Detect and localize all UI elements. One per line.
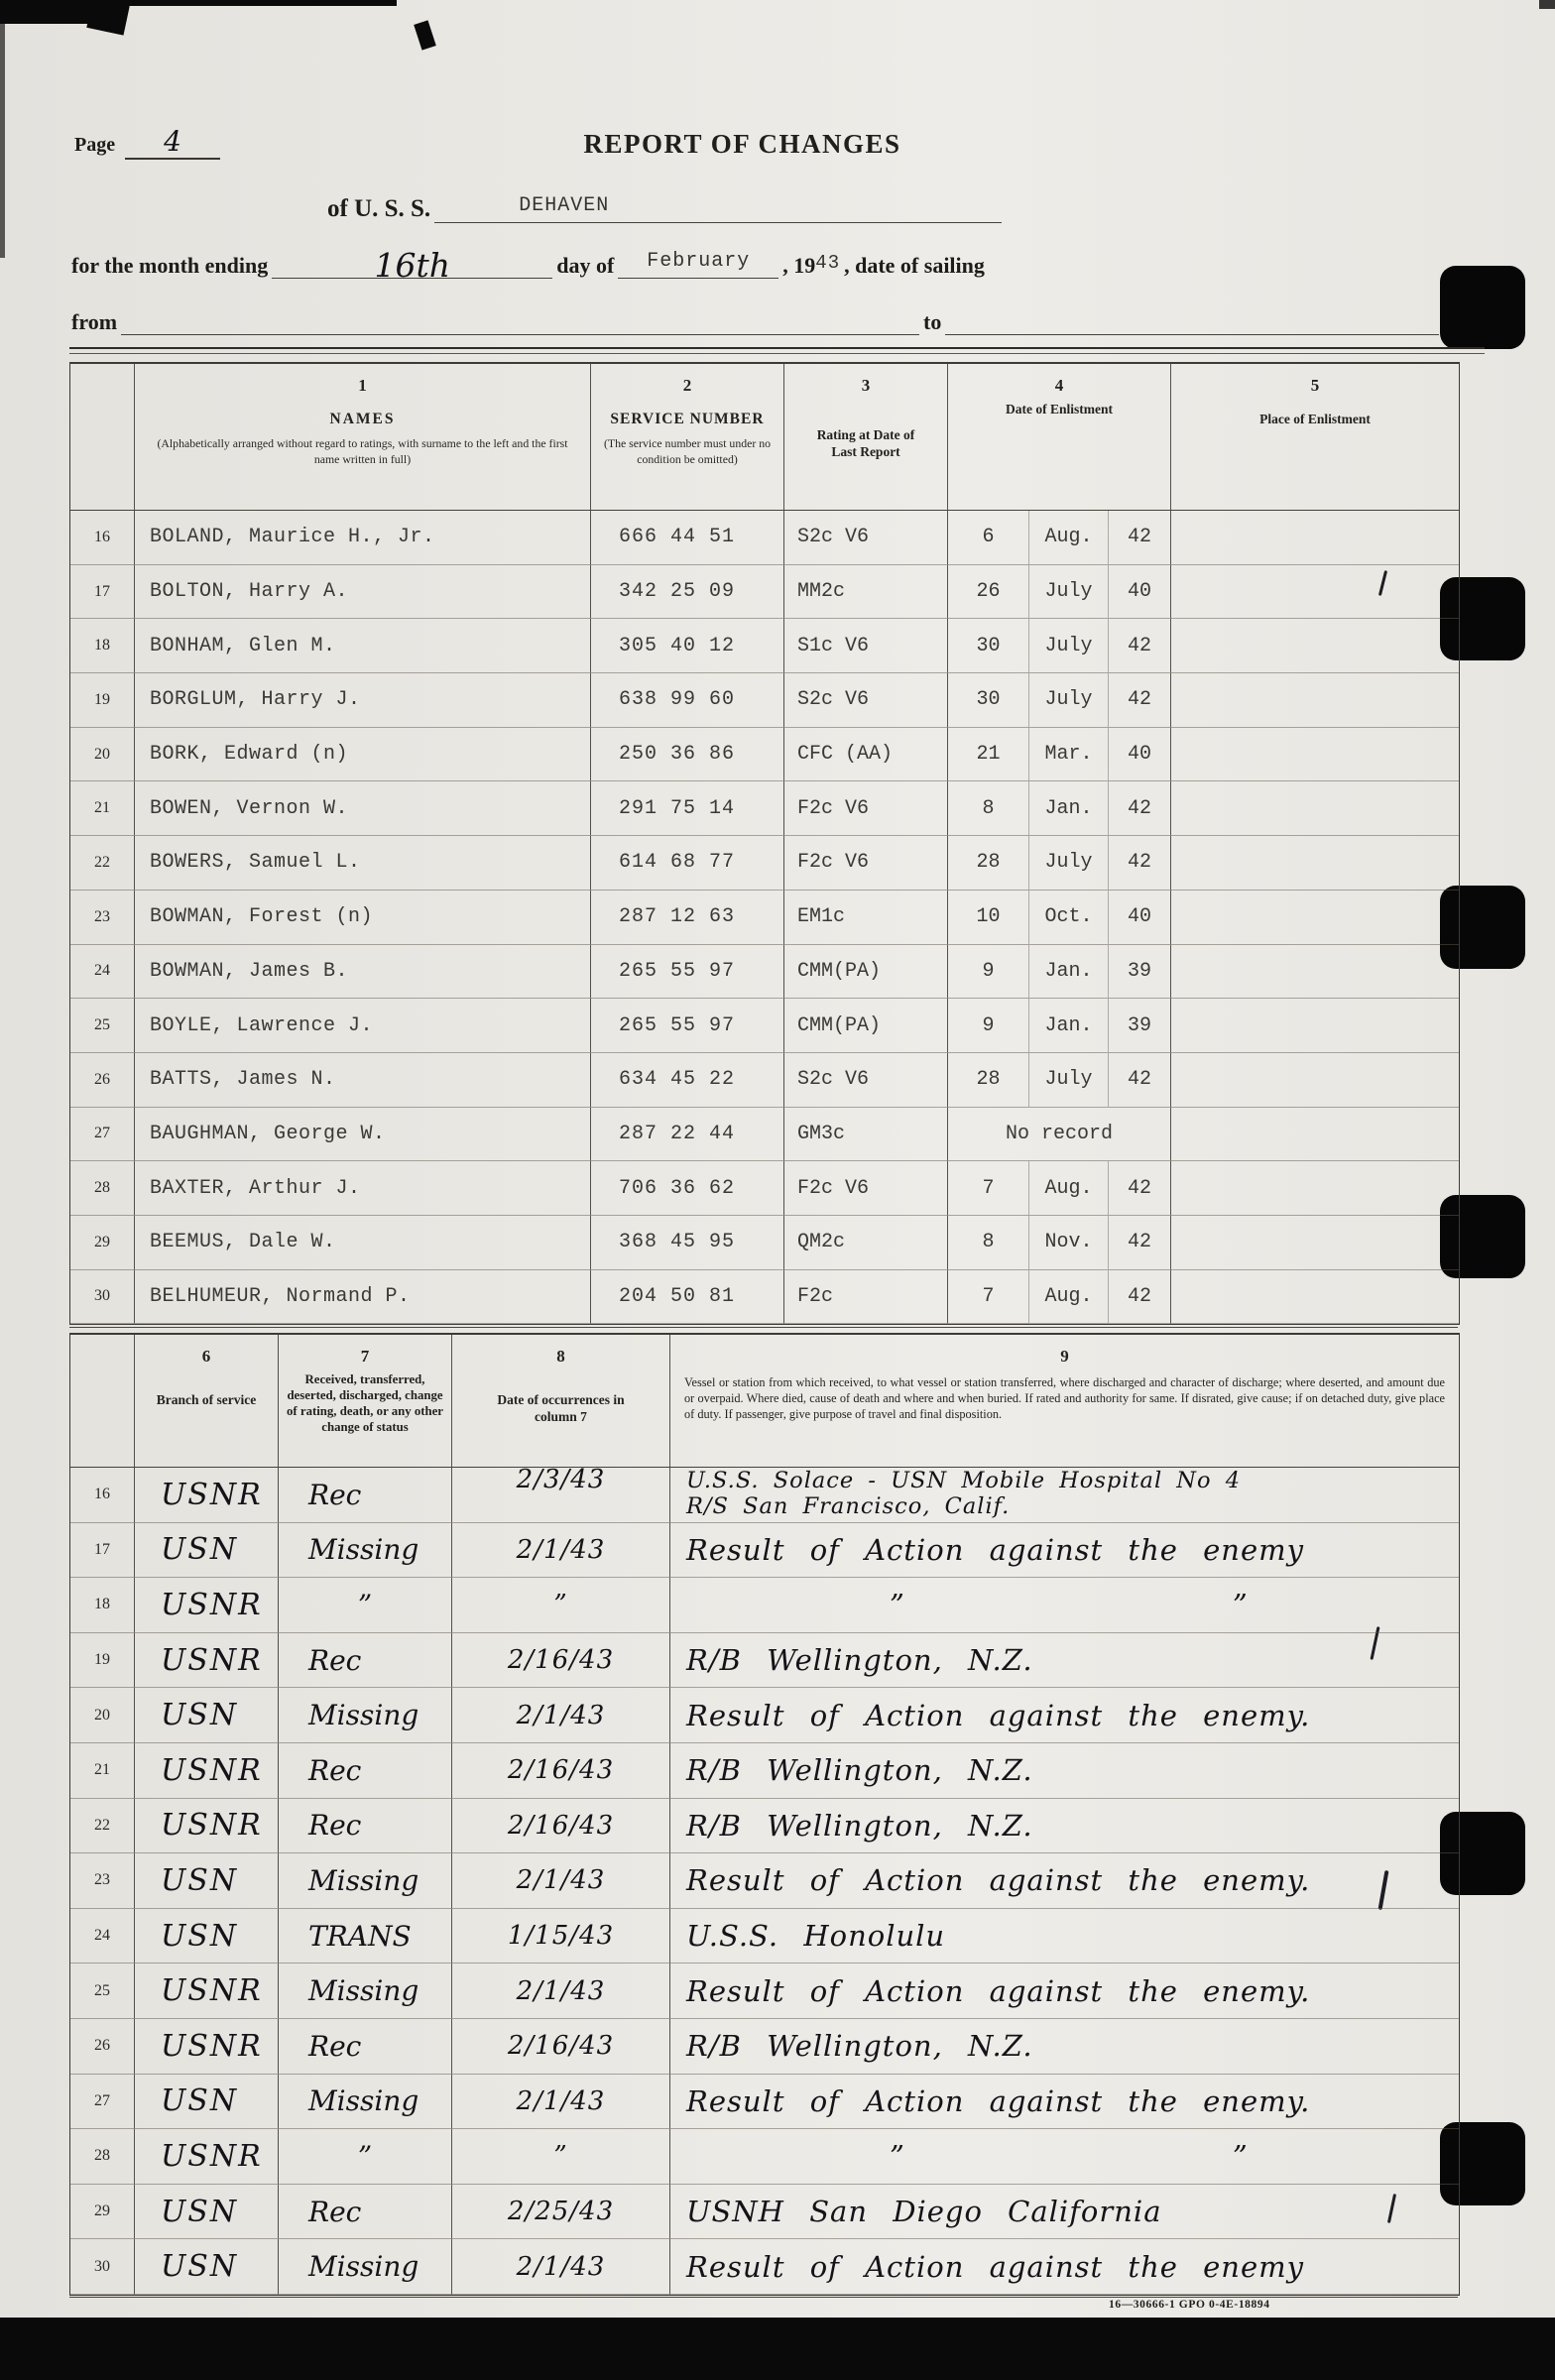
vessel-station-cell: Result of Action against the enemy. bbox=[670, 1963, 1459, 2019]
enlistment-day-cell: 10 bbox=[948, 891, 1029, 945]
enlistment-day-cell: 28 bbox=[948, 836, 1029, 891]
year-prefix: , 19 bbox=[782, 253, 815, 278]
to-label: to bbox=[923, 309, 941, 334]
occurrence-date: 2/16/43 bbox=[508, 1755, 614, 1785]
rating-cell: F2c V6 bbox=[784, 781, 948, 836]
enlistment-day-cell: 26 bbox=[948, 565, 1029, 620]
service-number-cell: 265 55 97 bbox=[591, 999, 784, 1053]
row-number: 21 bbox=[70, 1743, 135, 1799]
enlistment-day-cell: 8 bbox=[948, 1216, 1029, 1270]
occurrence-date: 2/1/43 bbox=[517, 1865, 606, 1895]
column-number: 9 bbox=[1060, 1347, 1069, 1367]
enlistment-day-cell: 7 bbox=[948, 1270, 1029, 1325]
enlistment-month-cell: July bbox=[1029, 1053, 1109, 1108]
row-number: 26 bbox=[70, 1053, 135, 1108]
enlistment-place-cell bbox=[1171, 1053, 1459, 1108]
row-number: 16 bbox=[70, 1468, 135, 1523]
enlistment-year-cell: 42 bbox=[1109, 836, 1171, 891]
enlistment-month-cell: July bbox=[1029, 565, 1109, 620]
enlistment-day-cell: 9 bbox=[948, 945, 1029, 1000]
column-subtitle: (Alphabetically arranged without regard … bbox=[140, 436, 586, 467]
column-subtitle: (The service number must under no condit… bbox=[591, 436, 783, 467]
status-change-cell: Rec bbox=[279, 1468, 452, 1523]
row-number: 17 bbox=[70, 1523, 135, 1579]
enlistment-place-cell bbox=[1171, 1108, 1459, 1162]
name-cell: BELHUMEUR, Normand P. bbox=[135, 1270, 591, 1325]
branch-of-service-cell: USN bbox=[135, 2239, 279, 2295]
name-cell: BORGLUM, Harry J. bbox=[135, 673, 591, 728]
row-number: 23 bbox=[70, 891, 135, 945]
name-cell: BOWMAN, Forest (n) bbox=[135, 891, 591, 945]
row-number-column-header bbox=[70, 364, 135, 511]
service-number-cell: 250 36 86 bbox=[591, 728, 784, 782]
status-table-header: 6 Branch of service 7 Received, transfer… bbox=[70, 1335, 1459, 1468]
enlistment-month-cell: Aug. bbox=[1029, 511, 1109, 565]
occurrence-date-cell: 2/16/43 bbox=[452, 2019, 670, 2075]
branch-of-service-cell: USN bbox=[135, 1523, 279, 1579]
month-ending-label: for the month ending bbox=[71, 253, 268, 278]
row-number: 16 bbox=[70, 511, 135, 565]
name-cell: BOWMAN, James B. bbox=[135, 945, 591, 1000]
occurrence-date: 2/1/43 bbox=[517, 2086, 606, 2116]
row-number: 21 bbox=[70, 781, 135, 836]
row-number: 17 bbox=[70, 565, 135, 620]
name-cell: BAXTER, Arthur J. bbox=[135, 1161, 591, 1216]
name-cell: BEEMUS, Dale W. bbox=[135, 1216, 591, 1270]
month-blank: February bbox=[618, 250, 778, 279]
vessel-station-cell: Result of Action against the enemy. bbox=[670, 1688, 1459, 1743]
status-change-cell: Rec bbox=[279, 1633, 452, 1689]
name-cell: BATTS, James N. bbox=[135, 1053, 591, 1108]
row-number: 25 bbox=[70, 1963, 135, 2019]
enlistment-year-cell: 40 bbox=[1109, 891, 1171, 945]
branch-column-header: 6 Branch of service bbox=[135, 1335, 279, 1468]
row-number: 18 bbox=[70, 1578, 135, 1633]
occurrence-date: 2/1/43 bbox=[517, 2252, 606, 2282]
enlistment-year-cell: 42 bbox=[1109, 1053, 1171, 1108]
service-number-cell: 342 25 09 bbox=[591, 565, 784, 620]
ditto-mark: ” bbox=[890, 2139, 905, 2173]
enlistment-month-cell: Nov. bbox=[1029, 1216, 1109, 1270]
occurrence-date: 2/16/43 bbox=[508, 1811, 614, 1841]
name-cell: BOLTON, Harry A. bbox=[135, 565, 591, 620]
enlistment-day-cell: 7 bbox=[948, 1161, 1029, 1216]
enlistment-place-cell bbox=[1171, 836, 1459, 891]
occurrence-date: 2/3/43 bbox=[517, 1465, 606, 1494]
enlistment-place-cell bbox=[1171, 1216, 1459, 1270]
service-number-cell: 638 99 60 bbox=[591, 673, 784, 728]
column-number: 1 bbox=[358, 376, 367, 396]
name-cell: BONHAM, Glen M. bbox=[135, 619, 591, 673]
ship-line: of U. S. S. DEHAVEN bbox=[327, 194, 1002, 223]
rating-cell: MM2c bbox=[784, 565, 948, 620]
name-cell: BOWEN, Vernon W. bbox=[135, 781, 591, 836]
column-number: 3 bbox=[862, 376, 871, 396]
vessel-station-cell: R/B Wellington, N.Z. bbox=[670, 1633, 1459, 1689]
column-subtitle: Vessel or station from which received, t… bbox=[670, 1374, 1459, 1423]
rating-cell: S2c V6 bbox=[784, 673, 948, 728]
status-change-cell: Rec bbox=[279, 1743, 452, 1799]
row-number: 24 bbox=[70, 945, 135, 1000]
enlistment-day-cell: 9 bbox=[948, 999, 1029, 1053]
status-table-body: 16USNRRec2/3/43U.S.S. Solace - USN Mobil… bbox=[70, 1468, 1459, 2295]
branch-of-service-cell: USN bbox=[135, 1909, 279, 1964]
of-uss-label: of U. S. S. bbox=[327, 195, 430, 222]
row-number: 25 bbox=[70, 999, 135, 1053]
enlistment-month-cell: Mar. bbox=[1029, 728, 1109, 782]
occurrence-date-cell: 2/25/43 bbox=[452, 2185, 670, 2240]
status-change-cell: Missing bbox=[279, 1853, 452, 1909]
from-blank bbox=[121, 306, 919, 335]
occurrence-date-cell: 2/1/43 bbox=[452, 1853, 670, 1909]
column-title: Place of Enlistment bbox=[1259, 412, 1371, 428]
service-number-cell: 265 55 97 bbox=[591, 945, 784, 1000]
occurrence-date-cell: 2/16/43 bbox=[452, 1743, 670, 1799]
status-table: 6 Branch of service 7 Received, transfer… bbox=[69, 1333, 1460, 2296]
branch-of-service-cell: USN bbox=[135, 1853, 279, 1909]
enlistment-day-cell: 8 bbox=[948, 781, 1029, 836]
rating-cell: CFC (AA) bbox=[784, 728, 948, 782]
occurrence-date: 2/16/43 bbox=[508, 2031, 614, 2061]
row-number: 29 bbox=[70, 2185, 135, 2240]
column-number: 5 bbox=[1311, 376, 1320, 396]
branch-of-service-cell: USN bbox=[135, 1688, 279, 1743]
status-column-header: 7 Received, transferred, deserted, disch… bbox=[279, 1335, 452, 1468]
name-cell: BOYLE, Lawrence J. bbox=[135, 999, 591, 1053]
rating-cell: F2c V6 bbox=[784, 836, 948, 891]
column-title: Received, transferred, deserted, dischar… bbox=[286, 1372, 444, 1436]
rating-cell: F2c V6 bbox=[784, 1161, 948, 1216]
vessel-station-cell: ”” bbox=[670, 1578, 1459, 1633]
service-number-cell: 634 45 22 bbox=[591, 1053, 784, 1108]
occurrence-date-cell: 2/16/43 bbox=[452, 1633, 670, 1689]
row-number: 27 bbox=[70, 1108, 135, 1162]
row-number: 23 bbox=[70, 1853, 135, 1909]
occurrence-date: 1/15/43 bbox=[508, 1921, 614, 1951]
service-number-cell: 287 22 44 bbox=[591, 1108, 784, 1162]
day-value: 16th bbox=[374, 246, 450, 285]
row-number-column-header bbox=[70, 1335, 135, 1468]
occurrence-date: 2/1/43 bbox=[517, 1535, 606, 1565]
enlistment-month-cell: Oct. bbox=[1029, 891, 1109, 945]
occurrence-date-cell: 2/1/43 bbox=[452, 2075, 670, 2130]
row-number: 18 bbox=[70, 619, 135, 673]
rating-cell: F2c bbox=[784, 1270, 948, 1325]
service-number-cell: 666 44 51 bbox=[591, 511, 784, 565]
vessel-station-cell: USNH San Diego California bbox=[670, 2185, 1459, 2240]
vessel-station-cell: ”” bbox=[670, 2129, 1459, 2185]
branch-of-service-cell: USNR bbox=[135, 1468, 279, 1523]
vessel-station-cell: U.S.S. Honolulu bbox=[670, 1909, 1459, 1964]
ditto-mark: ” bbox=[1233, 2139, 1249, 2173]
enlistment-day-cell: 28 bbox=[948, 1053, 1029, 1108]
status-change-cell: Missing bbox=[279, 2075, 452, 2130]
table-double-rule bbox=[69, 2297, 1458, 2298]
branch-of-service-cell: USN bbox=[135, 2185, 279, 2240]
vessel-station-cell: Result of Action against the enemy bbox=[670, 1523, 1459, 1579]
enlistment-place-cell bbox=[1171, 619, 1459, 673]
service-number-cell: 368 45 95 bbox=[591, 1216, 784, 1270]
rating-cell: S1c V6 bbox=[784, 619, 948, 673]
vessel-station-cell: R/B Wellington, N.Z. bbox=[670, 1743, 1459, 1799]
column-number: 7 bbox=[361, 1347, 370, 1367]
ship-name-blank: DEHAVEN bbox=[434, 194, 1002, 223]
occurrence-date-cell: 2/1/43 bbox=[452, 1523, 670, 1579]
occurrence-date: 2/25/43 bbox=[508, 2197, 614, 2226]
roster-table-body: 16BOLAND, Maurice H., Jr.666 44 51S2c V6… bbox=[70, 511, 1459, 1324]
enlistment-date-column-header: 4 Date of Enlistment bbox=[948, 364, 1171, 511]
occurrence-date-cell: 2/1/43 bbox=[452, 2239, 670, 2295]
table-double-rule bbox=[69, 1327, 1458, 1328]
status-change-cell: Rec bbox=[279, 2185, 452, 2240]
enlistment-place-cell bbox=[1171, 945, 1459, 1000]
branch-of-service-cell: USNR bbox=[135, 1633, 279, 1689]
enlistment-place-cell bbox=[1171, 999, 1459, 1053]
enlistment-place-cell bbox=[1171, 1270, 1459, 1325]
to-blank bbox=[945, 306, 1439, 335]
enlistment-year-cell: 40 bbox=[1109, 565, 1171, 620]
rating-cell: S2c V6 bbox=[784, 511, 948, 565]
service-number-cell: 305 40 12 bbox=[591, 619, 784, 673]
day-blank: 16th bbox=[272, 250, 552, 279]
status-change-cell: Missing bbox=[279, 1523, 452, 1579]
occurrence-date-cell: ” bbox=[452, 2129, 670, 2185]
vessel-line-1: U.S.S. Solace - USN Mobile Hospital No 4 bbox=[686, 1469, 1241, 1494]
column-title: SERVICE NUMBER bbox=[610, 410, 764, 428]
scan-artifact bbox=[0, 2318, 1555, 2380]
enlistment-year-cell: 39 bbox=[1109, 999, 1171, 1053]
rating-column-header: 3 Rating at Date of Last Report bbox=[784, 364, 948, 511]
status-change-cell: Missing bbox=[279, 2239, 452, 2295]
name-cell: BOLAND, Maurice H., Jr. bbox=[135, 511, 591, 565]
enlistment-place-cell bbox=[1171, 781, 1459, 836]
branch-of-service-cell: USN bbox=[135, 2075, 279, 2130]
binder-hole-mark bbox=[1440, 266, 1525, 349]
enlistment-place-cell bbox=[1171, 1161, 1459, 1216]
column-number: 4 bbox=[1055, 376, 1064, 396]
enlistment-day-cell: 21 bbox=[948, 728, 1029, 782]
year-value: 43 bbox=[815, 252, 840, 274]
ditto-mark: ” bbox=[890, 1588, 905, 1621]
date-column-header: 8 Date of occurrences in column 7 bbox=[452, 1335, 670, 1468]
rating-cell: GM3c bbox=[784, 1108, 948, 1162]
enlistment-day-cell: 30 bbox=[948, 673, 1029, 728]
occurrence-date: ” bbox=[553, 2141, 567, 2171]
service-number-column-header: 2 SERVICE NUMBER (The service number mus… bbox=[591, 364, 784, 511]
scan-artifact bbox=[0, 0, 397, 6]
enlistment-place-cell bbox=[1171, 673, 1459, 728]
enlistment-year-cell: 42 bbox=[1109, 673, 1171, 728]
status-change-cell: Rec bbox=[279, 1799, 452, 1854]
vessel-station-cell: Result of Action against the enemy. bbox=[670, 1853, 1459, 1909]
status-change-cell: ” bbox=[279, 1578, 452, 1633]
column-number: 8 bbox=[556, 1347, 565, 1367]
occurrence-date-cell: 2/3/43 bbox=[452, 1468, 670, 1523]
rating-cell: EM1c bbox=[784, 891, 948, 945]
column-title: NAMES bbox=[330, 410, 396, 428]
row-number: 24 bbox=[70, 1909, 135, 1964]
scan-artifact bbox=[414, 20, 436, 50]
status-change-cell: ” bbox=[279, 2129, 452, 2185]
header-rule bbox=[69, 347, 1485, 354]
enlistment-place-cell bbox=[1171, 511, 1459, 565]
branch-of-service-cell: USNR bbox=[135, 1963, 279, 2019]
branch-of-service-cell: USNR bbox=[135, 1578, 279, 1633]
enlistment-year-cell: 39 bbox=[1109, 945, 1171, 1000]
vessel-column-header: 9 Vessel or station from which received,… bbox=[670, 1335, 1459, 1468]
row-number: 20 bbox=[70, 1688, 135, 1743]
enlistment-year-cell: 42 bbox=[1109, 619, 1171, 673]
page-title: REPORT OF CHANGES bbox=[0, 129, 1485, 160]
enlistment-place-column-header: 5 Place of Enlistment bbox=[1171, 364, 1459, 511]
enlistment-month-cell: Jan. bbox=[1029, 999, 1109, 1053]
enlistment-month-cell: Jan. bbox=[1029, 781, 1109, 836]
enlistment-day-cell: 30 bbox=[948, 619, 1029, 673]
name-cell: BORK, Edward (n) bbox=[135, 728, 591, 782]
row-number: 20 bbox=[70, 728, 135, 782]
service-number-cell: 614 68 77 bbox=[591, 836, 784, 891]
occurrence-date-cell: 2/1/43 bbox=[452, 1688, 670, 1743]
status-change-cell: Missing bbox=[279, 1963, 452, 2019]
column-number: 2 bbox=[683, 376, 692, 396]
enlistment-year-cell: 42 bbox=[1109, 1270, 1171, 1325]
enlistment-month-cell: July bbox=[1029, 673, 1109, 728]
enlistment-month-cell: Jan. bbox=[1029, 945, 1109, 1000]
enlistment-year-cell: 40 bbox=[1109, 728, 1171, 782]
roster-table-header: 1 NAMES (Alphabetically arranged without… bbox=[70, 364, 1459, 511]
service-number-cell: 291 75 14 bbox=[591, 781, 784, 836]
branch-of-service-cell: USNR bbox=[135, 2129, 279, 2185]
rating-cell: S2c V6 bbox=[784, 1053, 948, 1108]
service-number-cell: 204 50 81 bbox=[591, 1270, 784, 1325]
status-change-cell: Rec bbox=[279, 2019, 452, 2075]
row-number: 22 bbox=[70, 836, 135, 891]
vessel-station-cell: U.S.S. Solace - USN Mobile Hospital No 4… bbox=[670, 1468, 1459, 1523]
ship-name: DEHAVEN bbox=[519, 194, 609, 217]
rating-cell: CMM(PA) bbox=[784, 945, 948, 1000]
branch-of-service-cell: USNR bbox=[135, 1799, 279, 1854]
row-number: 30 bbox=[70, 1270, 135, 1325]
row-number: 22 bbox=[70, 1799, 135, 1854]
enlistment-day-cell: 6 bbox=[948, 511, 1029, 565]
enlistment-place-cell bbox=[1171, 565, 1459, 620]
enlistment-no-record-cell: No record bbox=[948, 1108, 1171, 1162]
month-value: February bbox=[647, 250, 750, 273]
ditto-mark: ” bbox=[1233, 1588, 1249, 1621]
name-cell: BAUGHMAN, George W. bbox=[135, 1108, 591, 1162]
scan-artifact bbox=[1539, 0, 1555, 9]
occurrence-date: ” bbox=[553, 1590, 567, 1619]
row-number: 29 bbox=[70, 1216, 135, 1270]
status-change-cell: TRANS bbox=[279, 1909, 452, 1964]
vessel-line-2: R/S San Francisco, Calif. bbox=[686, 1494, 1010, 1520]
gpo-print-code: 16—30666-1 GPO 0-4E-18894 bbox=[1109, 2299, 1270, 2311]
row-number: 28 bbox=[70, 1161, 135, 1216]
occurrence-date: 2/16/43 bbox=[508, 1645, 614, 1675]
branch-of-service-cell: USNR bbox=[135, 2019, 279, 2075]
occurrence-date-cell: 2/1/43 bbox=[452, 1963, 670, 2019]
name-cell: BOWERS, Samuel L. bbox=[135, 836, 591, 891]
occurrence-date: 2/1/43 bbox=[517, 1976, 606, 2006]
enlistment-month-cell: Aug. bbox=[1029, 1270, 1109, 1325]
row-number: 28 bbox=[70, 2129, 135, 2185]
column-number: 6 bbox=[202, 1347, 211, 1367]
column-title: Date of occurrences in column 7 bbox=[482, 1392, 641, 1426]
column-title: Date of Enlistment bbox=[1006, 402, 1113, 418]
row-number: 19 bbox=[70, 1633, 135, 1689]
rating-cell: CMM(PA) bbox=[784, 999, 948, 1053]
sailing-label: , date of sailing bbox=[844, 253, 985, 278]
enlistment-month-cell: Aug. bbox=[1029, 1161, 1109, 1216]
occurrence-date-cell: 1/15/43 bbox=[452, 1909, 670, 1964]
service-number-cell: 706 36 62 bbox=[591, 1161, 784, 1216]
row-number: 19 bbox=[70, 673, 135, 728]
from-to-line: from to bbox=[71, 306, 1439, 335]
roster-table: 1 NAMES (Alphabetically arranged without… bbox=[69, 362, 1460, 1325]
status-change-cell: Missing bbox=[279, 1688, 452, 1743]
occurrence-date: 2/1/43 bbox=[517, 1701, 606, 1730]
enlistment-place-cell bbox=[1171, 891, 1459, 945]
day-of-label: day of bbox=[556, 253, 614, 278]
vessel-station-cell: R/B Wellington, N.Z. bbox=[670, 1799, 1459, 1854]
enlistment-month-cell: July bbox=[1029, 619, 1109, 673]
from-label: from bbox=[71, 309, 117, 334]
row-number: 27 bbox=[70, 2075, 135, 2130]
service-number-cell: 287 12 63 bbox=[591, 891, 784, 945]
month-ending-line: for the month ending 16th day of Februar… bbox=[71, 250, 985, 279]
column-title: Branch of service bbox=[157, 1392, 256, 1409]
scanned-document-page: Page4 REPORT OF CHANGES of U. S. S. DEHA… bbox=[0, 0, 1555, 2380]
branch-of-service-cell: USNR bbox=[135, 1743, 279, 1799]
vessel-station-cell: R/B Wellington, N.Z. bbox=[670, 2019, 1459, 2075]
vessel-station-cell: Result of Action against the enemy. bbox=[670, 2075, 1459, 2130]
enlistment-year-cell: 42 bbox=[1109, 1216, 1171, 1270]
column-title: Rating at Date of Last Report bbox=[806, 427, 925, 461]
names-column-header: 1 NAMES (Alphabetically arranged without… bbox=[135, 364, 591, 511]
enlistment-year-cell: 42 bbox=[1109, 511, 1171, 565]
vessel-station-cell: Result of Action against the enemy bbox=[670, 2239, 1459, 2295]
enlistment-place-cell bbox=[1171, 728, 1459, 782]
row-number: 30 bbox=[70, 2239, 135, 2295]
occurrence-date-cell: ” bbox=[452, 1578, 670, 1633]
occurrence-date-cell: 2/16/43 bbox=[452, 1799, 670, 1854]
enlistment-year-cell: 42 bbox=[1109, 781, 1171, 836]
enlistment-month-cell: July bbox=[1029, 836, 1109, 891]
rating-cell: QM2c bbox=[784, 1216, 948, 1270]
enlistment-year-cell: 42 bbox=[1109, 1161, 1171, 1216]
row-number: 26 bbox=[70, 2019, 135, 2075]
